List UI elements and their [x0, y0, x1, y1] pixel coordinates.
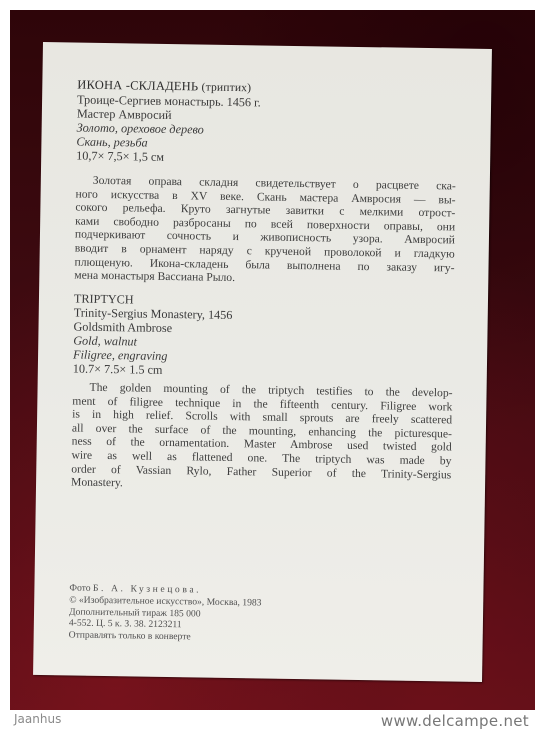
russian-size: 10,7× 7,5× 1,5 см — [76, 149, 260, 166]
site-watermark: www.delcampe.net — [381, 712, 529, 730]
postcard-back: ИКОНА -СКЛАДЕНЬ (триптих) Троице-Сергиев… — [33, 42, 492, 682]
russian-title-paren: (триптих) — [202, 81, 252, 94]
photographer-name: Б. А. Кузнецова. — [93, 583, 201, 596]
russian-description: Золотая оправа складня свидетельствует о… — [74, 174, 456, 289]
english-caption: TRIPTYCH Trinity-Sergius Monastery, 1456… — [73, 292, 233, 378]
english-size: 10.7× 7.5× 1.5 cm — [73, 362, 232, 378]
mailing-note: Отправлять только в конверте — [69, 630, 261, 645]
publisher-imprint: Фото Б. А. Кузнецова. © «Изобразительное… — [69, 582, 262, 644]
seller-name: Jaanhus — [14, 712, 61, 726]
russian-caption: ИКОНА -СКЛАДЕНЬ (триптих) Троице-Сергиев… — [76, 78, 261, 166]
russian-title-text: ИКОНА -СКЛАДЕНЬ — [77, 78, 198, 94]
photo-label: Фото — [69, 582, 90, 593]
english-description: The golden mounting of the triptych test… — [71, 381, 453, 496]
